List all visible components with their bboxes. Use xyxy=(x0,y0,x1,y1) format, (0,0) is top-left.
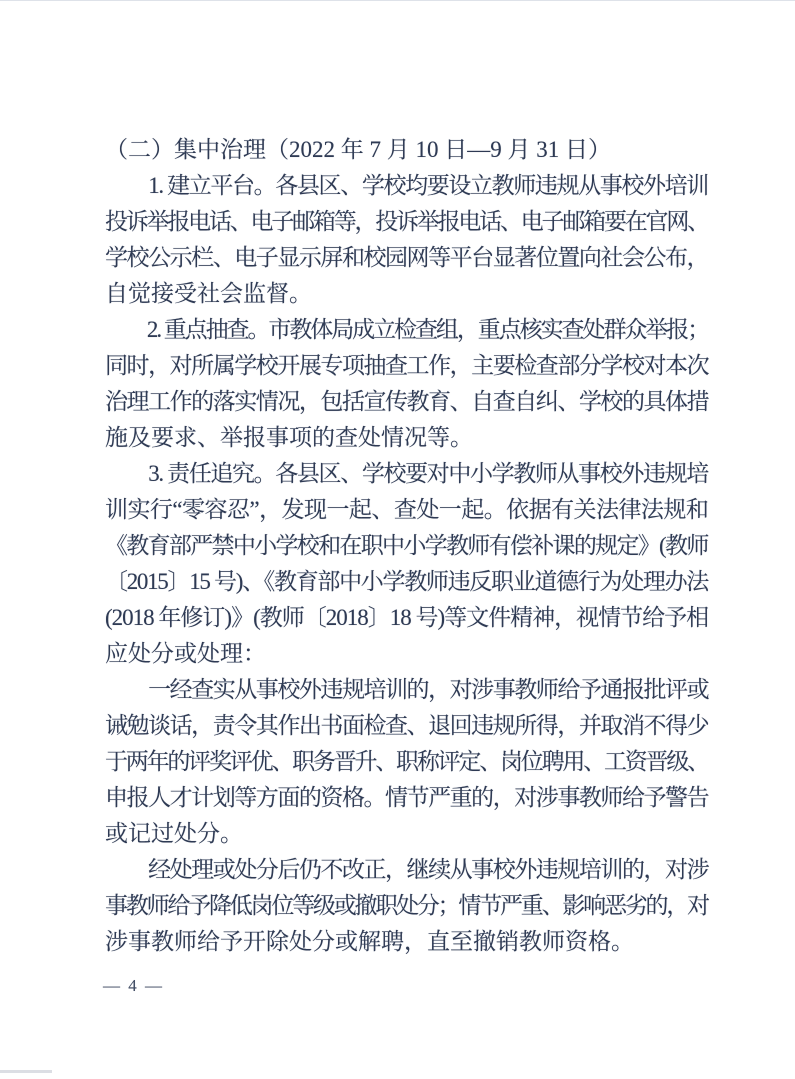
paragraph-4: 一经查实从事校外违规培训的，对涉事教师给予通报批评或 诫勉谈话，责令其作出书面检… xyxy=(105,672,708,852)
line-text: 诫勉谈话，责令其作出书面检查、退回违规所得，并取消不得少 xyxy=(105,708,708,744)
paragraph-2: 2. 重点抽查。市教体局成立检查组，重点核实查处群众举报； 同时，对所属学校开展… xyxy=(105,312,708,456)
line-text: 经处理或处分后仍不改正，继续从事校外违规培训的，对涉 xyxy=(105,852,708,888)
text-line: 治理工作的落实情况，包括宣传教育、自查自纠、学校的具体措 xyxy=(105,384,708,420)
text-line: 1. 建立平台。各县区、学校均要设立教师违规从事校外培训 xyxy=(105,168,708,204)
text-line: 训实行“零容忍”，发现一起、查处一起。依据有关法律法规和 xyxy=(105,492,708,528)
text-line: 申报人才计划等方面的资格。情节严重的，对涉事教师给予警告 xyxy=(105,780,708,816)
line-text: 治理工作的落实情况，包括宣传教育、自查自纠、学校的具体措 xyxy=(105,384,708,420)
text-line: 事教师给予降低岗位等级或撤职处分；情节严重、影响恶劣的，对 xyxy=(105,888,708,924)
line-text: 〔2015〕15 号)、《教育部中小学教师违反职业道德行为处理办法 xyxy=(105,564,708,600)
text-line: 〔2015〕15 号)、《教育部中小学教师违反职业道德行为处理办法 xyxy=(105,564,708,600)
text-line: 一经查实从事校外违规培训的，对涉事教师给予通报批评或 xyxy=(105,672,708,708)
line-text: 一经查实从事校外违规培训的，对涉事教师给予通报批评或 xyxy=(105,672,708,708)
line-text: 施及要求、举报事项的查处情况等。 xyxy=(105,420,473,456)
text-line: 经处理或处分后仍不改正，继续从事校外违规培训的，对涉 xyxy=(105,852,708,888)
paragraph-5: 经处理或处分后仍不改正，继续从事校外违规培训的，对涉 事教师给予降低岗位等级或撤… xyxy=(105,852,708,960)
section-heading: （二）集中治理（2022 年 7 月 10 日—9 月 31 日） xyxy=(105,132,708,168)
text-line: 施及要求、举报事项的查处情况等。 xyxy=(105,420,708,456)
text-line: 于两年的评奖评优、职务晋升、职称评定、岗位聘用、工资晋级、 xyxy=(105,744,708,780)
section-heading-text: （二）集中治理（2022 年 7 月 10 日—9 月 31 日） xyxy=(105,132,611,168)
line-text: 《教育部严禁中小学校和在职中小学教师有偿补课的规定》(教师 xyxy=(105,528,708,564)
paragraph-1: 1. 建立平台。各县区、学校均要设立教师违规从事校外培训 投诉举报电话、电子邮箱… xyxy=(105,168,708,312)
text-line: 2. 重点抽查。市教体局成立检查组，重点核实查处群众举报； xyxy=(105,312,708,348)
text-line: 学校公示栏、电子显示屏和校园网等平台显著位置向社会公布， xyxy=(105,240,708,276)
text-line: 诫勉谈话，责令其作出书面检查、退回违规所得，并取消不得少 xyxy=(105,708,708,744)
line-text: 3. 责任追究。各县区、学校要对中小学教师从事校外违规培 xyxy=(105,456,708,492)
line-text: 应处分或处理： xyxy=(105,636,266,672)
paragraph-3: 3. 责任追究。各县区、学校要对中小学教师从事校外违规培 训实行“零容忍”，发现… xyxy=(105,456,708,672)
line-text: (2018 年修订)》(教师〔2018〕18 号)等文件精神，视情节给予相 xyxy=(105,600,708,636)
text-line: 涉事教师给予开除处分或解聘，直至撤销教师资格。 xyxy=(105,924,708,960)
line-text: 于两年的评奖评优、职务晋升、职称评定、岗位聘用、工资晋级、 xyxy=(105,744,708,780)
line-text: 投诉举报电话、电子邮箱等，投诉举报电话、电子邮箱要在官网、 xyxy=(105,204,708,240)
line-text: 或记过处分。 xyxy=(105,816,243,852)
text-line: 同时，对所属学校开展专项抽查工作，主要检查部分学校对本次 xyxy=(105,348,708,384)
text-line: 应处分或处理： xyxy=(105,636,708,672)
line-text: 学校公示栏、电子显示屏和校园网等平台显著位置向社会公布， xyxy=(105,240,708,276)
text-line: 3. 责任追究。各县区、学校要对中小学教师从事校外违规培 xyxy=(105,456,708,492)
line-text: 训实行“零容忍”，发现一起、查处一起。依据有关法律法规和 xyxy=(105,492,708,528)
line-text: 涉事教师给予开除处分或解聘，直至撤销教师资格。 xyxy=(105,924,634,960)
line-text: 自觉接受社会监督。 xyxy=(105,276,312,312)
document-body: （二）集中治理（2022 年 7 月 10 日—9 月 31 日） 1. 建立平… xyxy=(105,132,708,960)
line-text: 事教师给予降低岗位等级或撤职处分；情节严重、影响恶劣的，对 xyxy=(105,888,708,924)
text-line: 投诉举报电话、电子邮箱等，投诉举报电话、电子邮箱要在官网、 xyxy=(105,204,708,240)
scan-artifact-top-edge xyxy=(0,0,795,1)
scanned-document-page: （二）集中治理（2022 年 7 月 10 日—9 月 31 日） 1. 建立平… xyxy=(0,0,795,1079)
line-text: 同时，对所属学校开展专项抽查工作，主要检查部分学校对本次 xyxy=(105,348,708,384)
text-line: 自觉接受社会监督。 xyxy=(105,276,708,312)
page-number: — 4 — xyxy=(103,976,164,996)
line-text: 申报人才计划等方面的资格。情节严重的，对涉事教师给予警告 xyxy=(105,780,708,816)
text-line: 或记过处分。 xyxy=(105,816,708,852)
line-text: 1. 建立平台。各县区、学校均要设立教师违规从事校外培训 xyxy=(105,168,708,204)
scan-artifact-bottom-left xyxy=(0,1070,52,1073)
text-line: 《教育部严禁中小学校和在职中小学教师有偿补课的规定》(教师 xyxy=(105,528,708,564)
line-text: 2. 重点抽查。市教体局成立检查组，重点核实查处群众举报； xyxy=(105,312,708,348)
text-line: (2018 年修订)》(教师〔2018〕18 号)等文件精神，视情节给予相 xyxy=(105,600,708,636)
